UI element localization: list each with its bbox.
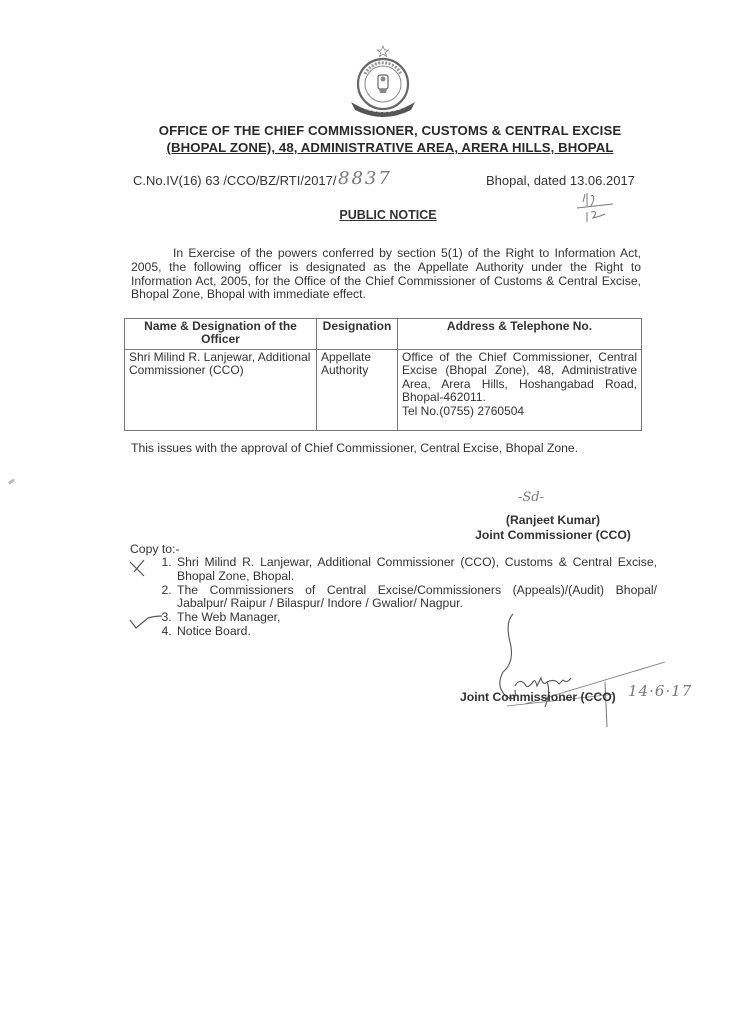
office-header-line-1: OFFICE OF THE CHIEF COMMISSIONER, CUSTOM… [140, 123, 640, 138]
handwritten-dispatch-number: 8837 [338, 168, 392, 189]
column-header-address: Address & Telephone No. [398, 319, 642, 350]
officer-telephone: Tel No.(0755) 2760504 [402, 405, 637, 418]
list-item: The Commissioners of Central Excise/Comm… [175, 584, 657, 612]
second-signatory-title: Joint Commissioner (CCO) [460, 690, 616, 704]
signed-mark: -Sd- [518, 490, 544, 505]
officer-address-cell: Office of the Chief Commissioner, Centra… [398, 350, 642, 431]
signatory-name: (Ranjeet Kumar) [448, 513, 658, 528]
signatory-block: (Ranjeet Kumar) Joint Commissioner (CCO) [448, 513, 658, 543]
office-header-line-2: (BHOPAL ZONE), 48, ADMINISTRATIVE AREA, … [140, 140, 640, 155]
handwritten-signature-icon [455, 612, 715, 727]
signatory-title: Joint Commissioner (CCO) [448, 528, 658, 543]
officer-address: Office of the Chief Commissioner, Centra… [402, 351, 637, 405]
scan-speck [8, 478, 15, 484]
column-header-name: Name & Designation of the Officer [125, 319, 317, 350]
handwritten-checkmarks-icon [100, 550, 170, 640]
place-and-date: Bhopal, dated 13.06.2017 [486, 173, 635, 188]
notice-title: PUBLIC NOTICE [133, 208, 643, 222]
list-item: Shri Milind R. Lanjewar, Additional Comm… [175, 556, 657, 584]
department-emblem-icon [345, 44, 421, 120]
table-header-row: Name & Designation of the Officer Design… [125, 319, 642, 350]
officer-name-cell: Shri Milind R. Lanjewar, Additional Comm… [125, 350, 317, 431]
officer-designation-cell: Appellate Authority [317, 350, 398, 431]
notice-body-paragraph: In Exercise of the powers conferred by s… [131, 247, 641, 302]
table-row: Shri Milind R. Lanjewar, Additional Comm… [125, 350, 642, 431]
handwritten-signature-date: 14·6·17 [628, 682, 692, 700]
approval-line: This issues with the approval of Chief C… [131, 441, 578, 455]
appellate-authority-table: Name & Designation of the Officer Design… [124, 318, 642, 431]
file-reference-number: C.No.IV(16) 63 /CCO/BZ/RTI/2017/ [133, 173, 337, 188]
column-header-designation: Designation [317, 319, 398, 350]
